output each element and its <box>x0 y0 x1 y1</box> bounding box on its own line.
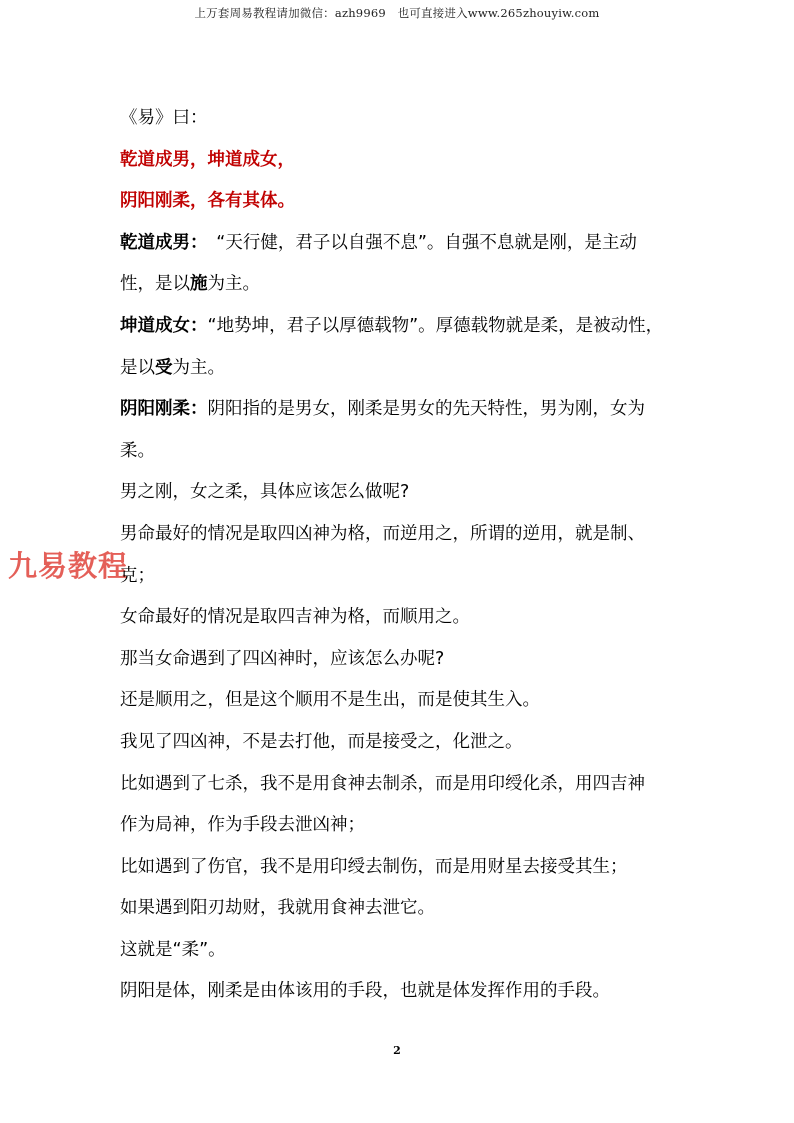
bold-term: 坤道成女： <box>120 316 208 336</box>
text: 作为局神，作为手段去泄凶神； <box>120 815 365 835</box>
highlight-line: 阴阳刚柔，各有其体。 <box>120 187 690 229</box>
bold-term: 阴阳刚柔： <box>120 399 208 419</box>
paragraph-line: 阴阳刚柔：阴阳指的是男女，刚柔是男女的先天特性，男为刚，女为 <box>120 395 690 437</box>
paragraph-line: 这就是“柔”。 <box>120 936 690 978</box>
text: 这就是“柔”。 <box>120 940 226 960</box>
text: 我见了四凶神，不是去打他，而是接受之，化泄之。 <box>120 732 523 752</box>
text: 女命最好的情况是取四吉神为格，而顺用之。 <box>120 607 470 627</box>
page-number: 2 <box>0 1044 794 1057</box>
paragraph-line: 作为局神，作为手段去泄凶神； <box>120 811 690 853</box>
text: 如果遇到阳刃劫财，我就用食神去泄它。 <box>120 898 435 918</box>
text: 男命最好的情况是取四凶神为格，而逆用之，所谓的逆用，就是制、 <box>120 524 645 544</box>
highlight-line: 乾道成男，坤道成女， <box>120 146 690 188</box>
watermark-logo: 九易教程 <box>8 544 128 585</box>
paragraph-line: 比如遇到了伤官，我不是用印绶去制伤，而是用财星去接受其生； <box>120 853 690 895</box>
paragraph-line: 男之刚，女之柔，具体应该怎么做呢? <box>120 478 690 520</box>
paragraph-line: 坤道成女：“地势坤，君子以厚德载物”。厚德载物就是柔，是被动性， <box>120 312 690 354</box>
text: 为主。 <box>208 274 261 294</box>
text: “地势坤，君子以厚德载物”。厚德载物就是柔，是被动性， <box>208 316 664 336</box>
paragraph-line: 乾道成男： “天行健，君子以自强不息”。自强不息就是刚，是主动 <box>120 229 690 271</box>
bold-term: 受 <box>155 358 173 378</box>
paragraph-line: 阴阳是体，刚柔是由体该用的手段，也就是体发挥作用的手段。 <box>120 977 690 1019</box>
text: 柔。 <box>120 441 155 461</box>
bold-term: 施 <box>190 274 208 294</box>
paragraph-line: 性，是以施为主。 <box>120 270 690 312</box>
paragraph-line: 女命最好的情况是取四吉神为格，而顺用之。 <box>120 603 690 645</box>
text: 比如遇到了伤官，我不是用印绶去制伤，而是用财星去接受其生； <box>120 857 628 877</box>
text: 那当女命遇到了四凶神时，应该怎么办呢? <box>120 649 444 669</box>
red-heading: 阴阳刚柔，各有其体。 <box>120 191 295 211</box>
text: 阴阳是体，刚柔是由体该用的手段，也就是体发挥作用的手段。 <box>120 981 610 1001</box>
paragraph-line: 《易》曰： <box>120 104 690 146</box>
paragraph-line: 柔。 <box>120 437 690 479</box>
text: 为主。 <box>173 358 226 378</box>
text: 《易》曰： <box>120 108 208 128</box>
paragraph-line: 是以受为主。 <box>120 354 690 396</box>
text: 性，是以 <box>120 274 190 294</box>
document-body: 《易》曰： 乾道成男，坤道成女， 阴阳刚柔，各有其体。 乾道成男： “天行健，君… <box>120 104 690 1019</box>
text: “天行健，君子以自强不息”。自强不息就是刚，是主动 <box>199 233 637 253</box>
text: 阴阳指的是男女，刚柔是男女的先天特性，男为刚，女为 <box>208 399 646 419</box>
paragraph-line: 如果遇到阳刃劫财，我就用食神去泄它。 <box>120 894 690 936</box>
red-heading: 乾道成男，坤道成女， <box>120 150 295 170</box>
text: 男之刚，女之柔，具体应该怎么做呢? <box>120 482 409 502</box>
paragraph-line: 我见了四凶神，不是去打他，而是接受之，化泄之。 <box>120 728 690 770</box>
text: 克； <box>120 566 155 586</box>
bold-term: 乾道成男： <box>120 233 199 253</box>
paragraph-line: 还是顺用之，但是这个顺用不是生出，而是使其生入。 <box>120 686 690 728</box>
paragraph-line: 男命最好的情况是取四凶神为格，而逆用之，所谓的逆用，就是制、 <box>120 520 690 562</box>
text: 还是顺用之，但是这个顺用不是生出，而是使其生入。 <box>120 690 540 710</box>
text: 是以 <box>120 358 155 378</box>
paragraph-line: 克； <box>120 562 690 604</box>
paragraph-line: 比如遇到了七杀，我不是用食神去制杀，而是用印绶化杀，用四吉神 <box>120 770 690 812</box>
page-header-ad: 上万套周易教程请加微信：azh9969 也可直接进入www.265zhouyiw… <box>0 5 794 21</box>
text: 比如遇到了七杀，我不是用食神去制杀，而是用印绶化杀，用四吉神 <box>120 774 645 794</box>
paragraph-line: 那当女命遇到了四凶神时，应该怎么办呢? <box>120 645 690 687</box>
